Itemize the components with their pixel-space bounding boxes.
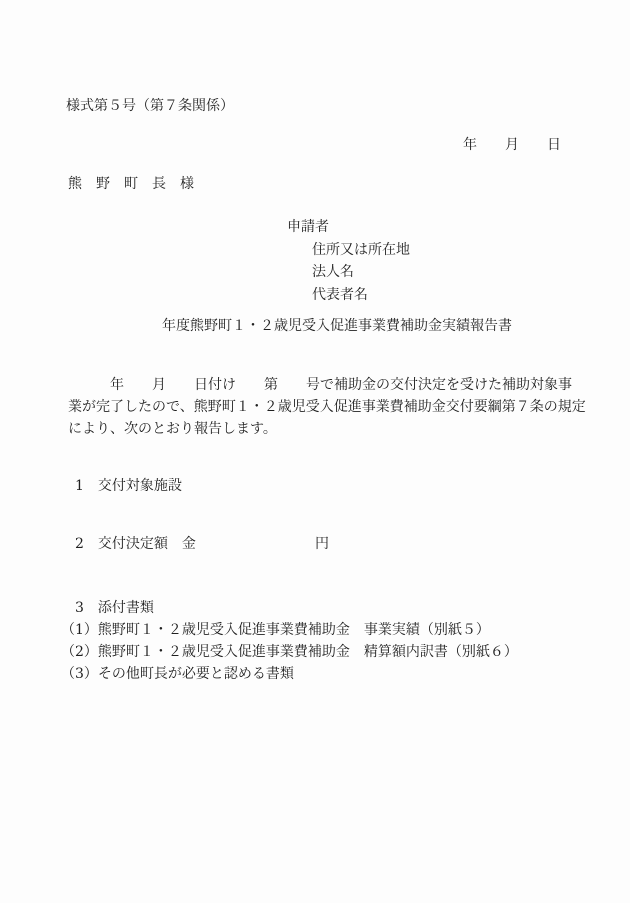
report-form-page: 様式第５号（第７条関係） 年 月 日 熊 野 町 長 様 申請者 住所又は所在地… xyxy=(0,0,630,903)
document-title: 年度熊野町１・２歳児受入促進事業費補助金実績報告書 xyxy=(162,315,512,335)
section-2-label: 2 交付決定額 金 xyxy=(75,533,196,553)
addressee: 熊 野 町 長 様 xyxy=(68,173,194,193)
applicant-label: 申請者 xyxy=(287,216,329,236)
body-paragraph-line-2: 業が完了したので、熊野町１・２歳児受入促進事業費補助金交付要綱第７条の規定 xyxy=(68,396,573,418)
section-1-facilities: 1 交付対象施設 xyxy=(75,475,182,495)
body-paragraph-line-3: により、次のとおり報告します。 xyxy=(68,418,573,440)
attachment-item-1: （1）熊野町１・２歳児受入促進事業費補助金 事業実績（別紙５） xyxy=(61,619,490,639)
yen-unit-label: 円 xyxy=(315,533,329,553)
attachment-item-3: （3）その他町長が必要と認める書類 xyxy=(61,663,294,683)
applicant-representative-field: 代表者名 xyxy=(312,284,368,304)
attachment-item-2: （2）熊野町１・２歳児受入促進事業費補助金 精算額内訳書（別紙６） xyxy=(61,641,518,661)
applicant-address-field: 住所又は所在地 xyxy=(312,239,410,259)
applicant-corporate-name-field: 法人名 xyxy=(312,261,354,281)
form-number: 様式第５号（第７条関係） xyxy=(66,95,234,115)
date-line: 年 月 日 xyxy=(463,134,561,154)
section-3-attachments-heading: 3 添付書類 xyxy=(75,597,154,617)
body-paragraph-line-1: 年 月 日付け 第 号で補助金の交付決定を受けた補助対象事 xyxy=(68,374,573,396)
